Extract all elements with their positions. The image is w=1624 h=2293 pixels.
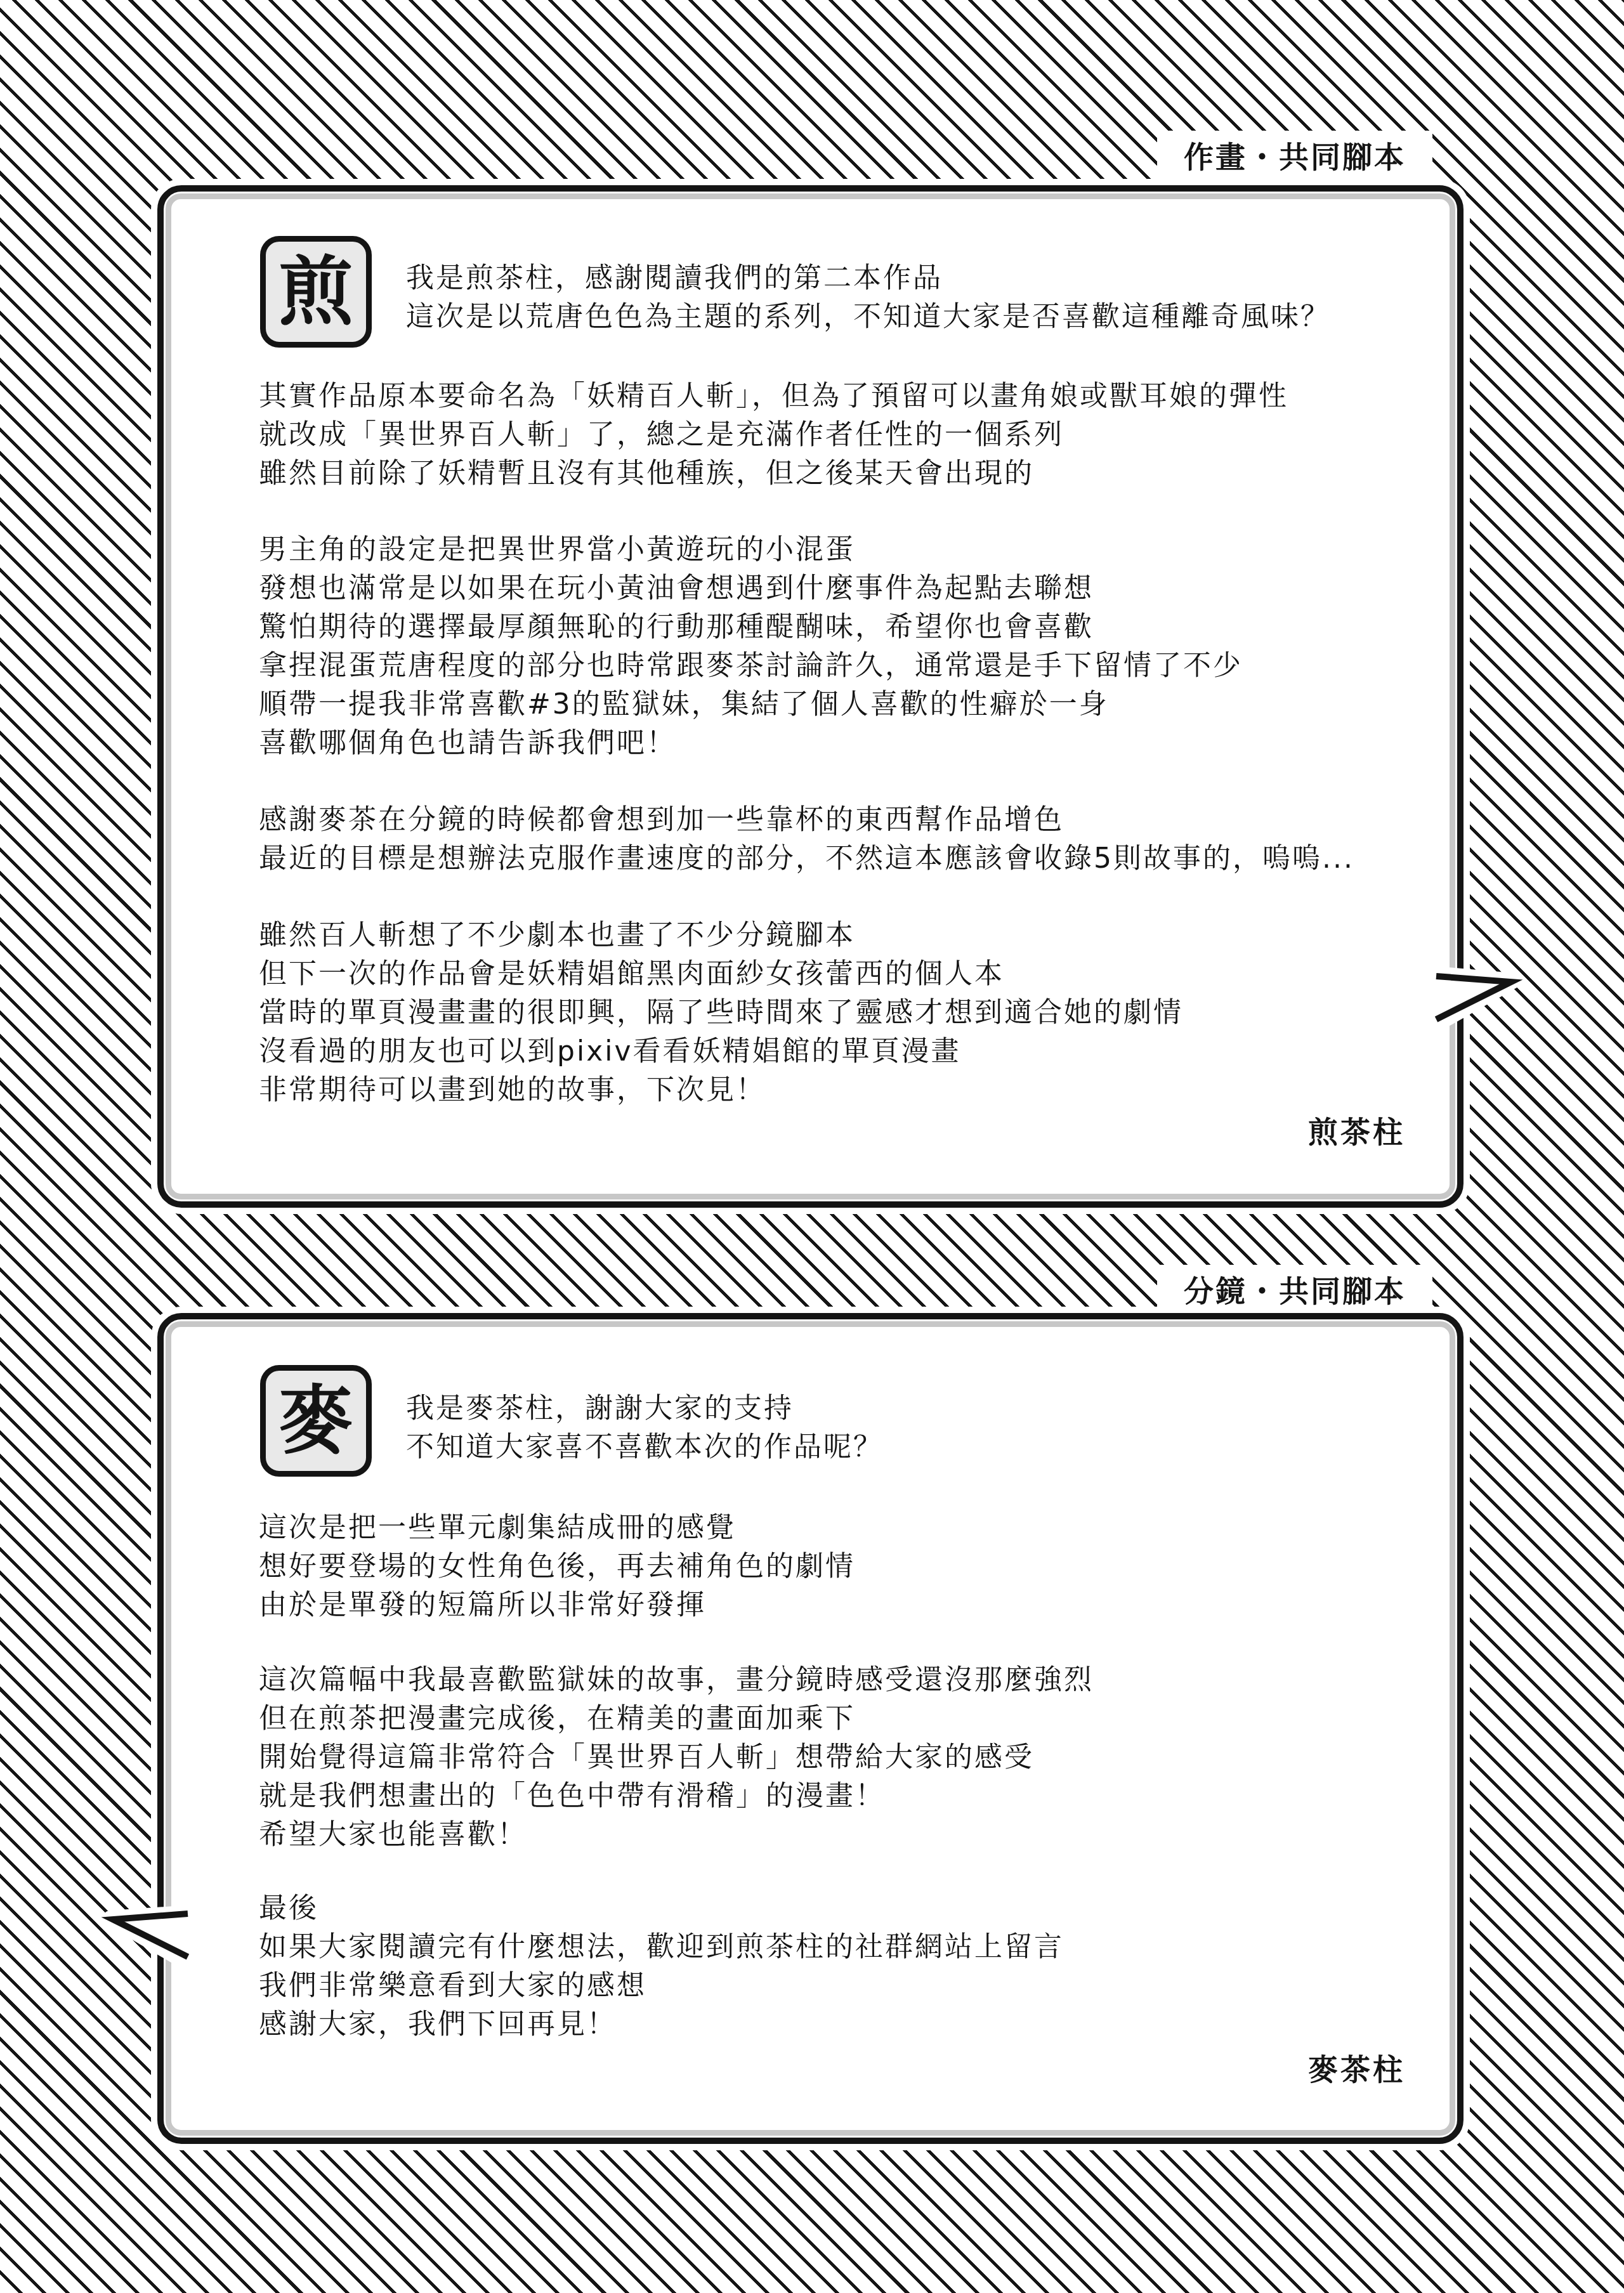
text-line: 喜歡哪個角色也請告訴我們吧！ [259, 724, 1243, 762]
text-line: 當時的單頁漫畫畫的很即興，隔了些時間來了靈感才想到適合她的劇情 [259, 993, 1183, 1032]
text-line: 雖然目前除了妖精暫且沒有其他種族，但之後某天會出現的 [259, 454, 1288, 493]
bubble-tail-left [100, 1905, 189, 1969]
text-line: 希望大家也能喜歡！ [259, 1815, 1094, 1854]
bubble-tail-right [1435, 967, 1524, 1030]
storyboarder-paragraph-3: 最後 如果大家閱讀完有什麼想法，歡迎到煎茶柱的社群網站上留言 我們非常樂意看到大… [259, 1889, 1064, 2044]
text-line: 非常期待可以畫到她的故事，下次見！ [259, 1071, 1183, 1109]
credit-label-art: 作畫・共同腳本 [1157, 131, 1432, 179]
artist-icon: 煎 [260, 236, 372, 348]
storyboarder-icon: 麥 [260, 1365, 372, 1477]
text-line: 由於是單發的短篇所以非常好發揮 [259, 1586, 855, 1624]
storyboarder-signature: 麥茶柱 [1308, 2046, 1405, 2089]
storyboarder-paragraph-2: 這次篇幅中我最喜歡監獄妹的故事，畫分鏡時感受還沒那麼強烈 但在煎茶把漫畫完成後，… [259, 1661, 1094, 1854]
text-line: 拿捏混蛋荒唐程度的部分也時常跟麥茶討論許久，通常還是手下留情了不少 [259, 646, 1243, 685]
text-line: 但下一次的作品會是妖精娼館黑肉面紗女孩蕾西的個人本 [259, 955, 1183, 993]
text-line: 最後 [259, 1889, 1064, 1928]
text-line: 這次篇幅中我最喜歡監獄妹的故事，畫分鏡時感受還沒那麼強烈 [259, 1661, 1094, 1699]
text-line: 但在煎茶把漫畫完成後，在精美的畫面加乘下 [259, 1699, 1094, 1738]
text-line: 其實作品原本要命名為「妖精百人斬」，但為了預留可以畫角娘或獸耳娘的彈性 [259, 377, 1288, 415]
text-line: 感謝大家，我們下回再見！ [259, 2005, 1064, 2044]
text-line: 這次是以荒唐色色為主題的系列，不知道大家是否喜歡這種離奇風味？ [406, 297, 1330, 336]
text-line: 驚怕期待的選擇最厚顏無恥的行動那種醍醐味，希望你也會喜歡 [259, 608, 1243, 646]
storyboarder-paragraph-1: 這次是把一些單元劇集結成冊的感覺 想好要登場的女性角色後，再去補角色的劇情 由於… [259, 1508, 855, 1624]
text-line: 發想也滿常是以如果在玩小黃油會想遇到什麼事件為起點去聯想 [259, 569, 1243, 608]
credit-label-storyboard: 分鏡・共同腳本 [1157, 1265, 1432, 1313]
text-line: 我是麥茶柱，謝謝大家的支持 [406, 1389, 883, 1428]
text-line: 沒看過的朋友也可以到pixiv看看妖精娼館的單頁漫畫 [259, 1032, 1183, 1071]
text-line: 想好要登場的女性角色後，再去補角色的劇情 [259, 1547, 855, 1586]
afterword-page: 作畫・共同腳本 煎 我是煎茶柱，感謝閱讀我們的第二本作品 這次是以荒唐色色為主題… [0, 0, 1624, 2293]
text-line: 我們非常樂意看到大家的感想 [259, 1966, 1064, 2005]
artist-paragraph-2: 男主角的設定是把異世界當小黃遊玩的小混蛋 發想也滿常是以如果在玩小黃油會想遇到什… [259, 530, 1243, 762]
text-line: 順帶一提我非常喜歡#3的監獄妹，集結了個人喜歡的性癖於一身 [259, 685, 1243, 724]
artist-paragraph-3: 感謝麥茶在分鏡的時候都會想到加一些靠杯的東西幫作品增色 最近的目標是想辦法克服作… [259, 800, 1354, 878]
artist-paragraph-4: 雖然百人斬想了不少劇本也畫了不少分鏡腳本 但下一次的作品會是妖精娼館黑肉面紗女孩… [259, 916, 1183, 1109]
text-line: 如果大家閱讀完有什麼想法，歡迎到煎茶柱的社群網站上留言 [259, 1928, 1064, 1966]
storyboarder-intro: 我是麥茶柱，謝謝大家的支持 不知道大家喜不喜歡本次的作品呢？ [406, 1389, 883, 1467]
artist-intro: 我是煎茶柱，感謝閱讀我們的第二本作品 這次是以荒唐色色為主題的系列，不知道大家是… [406, 259, 1330, 336]
text-line: 我是煎茶柱，感謝閱讀我們的第二本作品 [406, 259, 1330, 297]
text-line: 不知道大家喜不喜歡本次的作品呢？ [406, 1428, 883, 1467]
text-line: 最近的目標是想辦法克服作畫速度的部分，不然這本應該會收錄5則故事的，嗚嗚... [259, 839, 1354, 878]
text-line: 開始覺得這篇非常符合「異世界百人斬」想帶給大家的感受 [259, 1738, 1094, 1777]
artist-signature: 煎茶柱 [1308, 1109, 1405, 1151]
text-line: 男主角的設定是把異世界當小黃遊玩的小混蛋 [259, 530, 1243, 569]
text-line: 雖然百人斬想了不少劇本也畫了不少分鏡腳本 [259, 916, 1183, 955]
artist-paragraph-1: 其實作品原本要命名為「妖精百人斬」，但為了預留可以畫角娘或獸耳娘的彈性 就改成「… [259, 377, 1288, 493]
text-line: 感謝麥茶在分鏡的時候都會想到加一些靠杯的東西幫作品增色 [259, 800, 1354, 839]
text-line: 就改成「異世界百人斬」了，總之是充滿作者任性的一個系列 [259, 415, 1288, 454]
text-line: 就是我們想畫出的「色色中帶有滑稽」的漫畫！ [259, 1777, 1094, 1815]
text-line: 這次是把一些單元劇集結成冊的感覺 [259, 1508, 855, 1547]
